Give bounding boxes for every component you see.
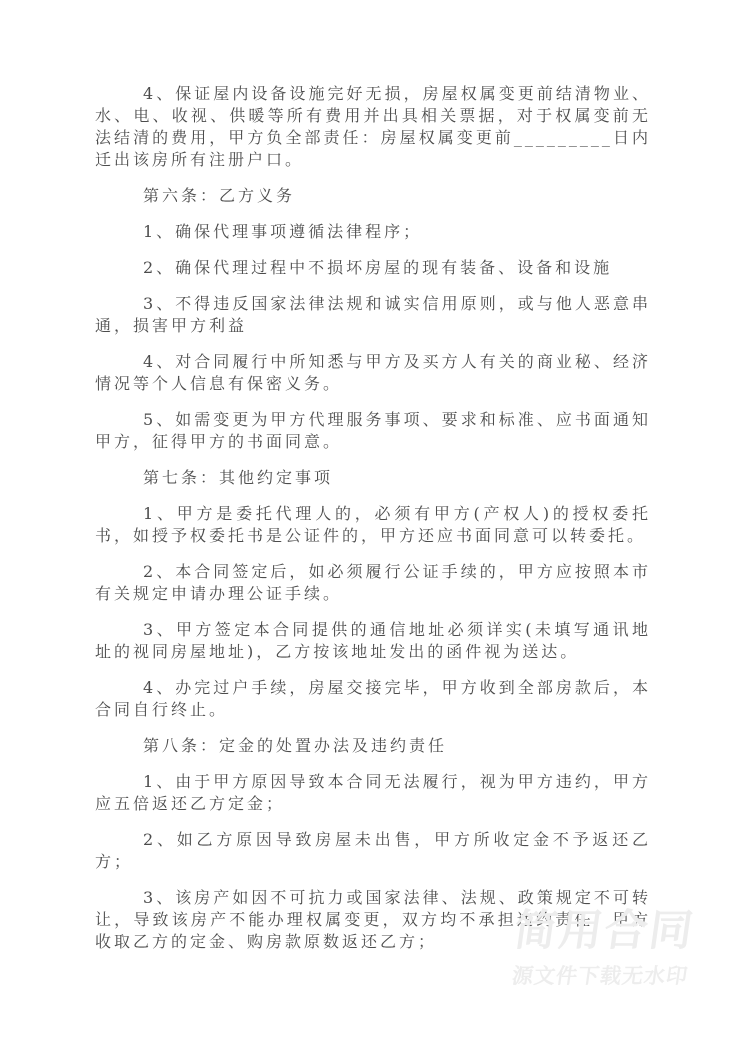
clause-item: 1、由于甲方原因导致本合同无法履行，视为甲方违约，甲方应五倍返还乙方定金；: [95, 771, 651, 815]
watermark-brand-text: 简用合同: [511, 908, 697, 954]
clause-heading: 第六条：乙方义务: [95, 185, 651, 207]
watermark: 简用合同 源文件下载无水印: [506, 908, 697, 988]
clause-item: 4、办完过户手续，房屋交接完毕，甲方收到全部房款后，本合同自行终止。: [95, 677, 651, 721]
clause-item: 5、如需变更为甲方代理服务事项、要求和标准、应书面通知甲方，征得甲方的书面同意。: [95, 409, 651, 453]
clause-item: 4、对合同履行中所知悉与甲方及买方人有关的商业秘、经济情况等个人信息有保密义务。: [95, 351, 651, 395]
clause-heading: 第七条：其他约定事项: [95, 467, 651, 489]
contract-document-page: 4、保证屋内设备设施完好无损，房屋权属变更前结清物业、水、电、收视、供暖等所有费…: [0, 0, 742, 1049]
clause-item: 1、确保代理事项遵循法律程序；: [95, 221, 651, 243]
clause-item: 3、不得违反国家法律法规和诚实信用原则，或与他人恶意串通，损害甲方利益: [95, 293, 651, 337]
clause-item: 4、保证屋内设备设施完好无损，房屋权属变更前结清物业、水、电、收视、供暖等所有费…: [95, 83, 651, 171]
clause-item: 2、如乙方原因导致房屋未出售，甲方所收定金不予返还乙方；: [95, 829, 651, 873]
watermark-tagline-text: 源文件下载无水印: [506, 964, 689, 988]
contract-body: 4、保证屋内设备设施完好无损，房屋权属变更前结清物业、水、电、收视、供暖等所有费…: [95, 83, 651, 967]
clause-item: 2、确保代理过程中不损坏房屋的现有装备、设备和设施: [95, 257, 651, 279]
clause-item: 3、甲方签定本合同提供的通信地址必须详实(未填写通讯地址的视同房屋地址)，乙方按…: [95, 619, 651, 663]
clause-heading: 第八条：定金的处置办法及违约责任: [95, 735, 651, 757]
clause-item: 1、甲方是委托代理人的，必须有甲方(产权人)的授权委托书，如授予权委托书是公证件…: [95, 503, 651, 547]
clause-item: 2、本合同签定后，如必须履行公证手续的，甲方应按照本市有关规定申请办理公证手续。: [95, 561, 651, 605]
